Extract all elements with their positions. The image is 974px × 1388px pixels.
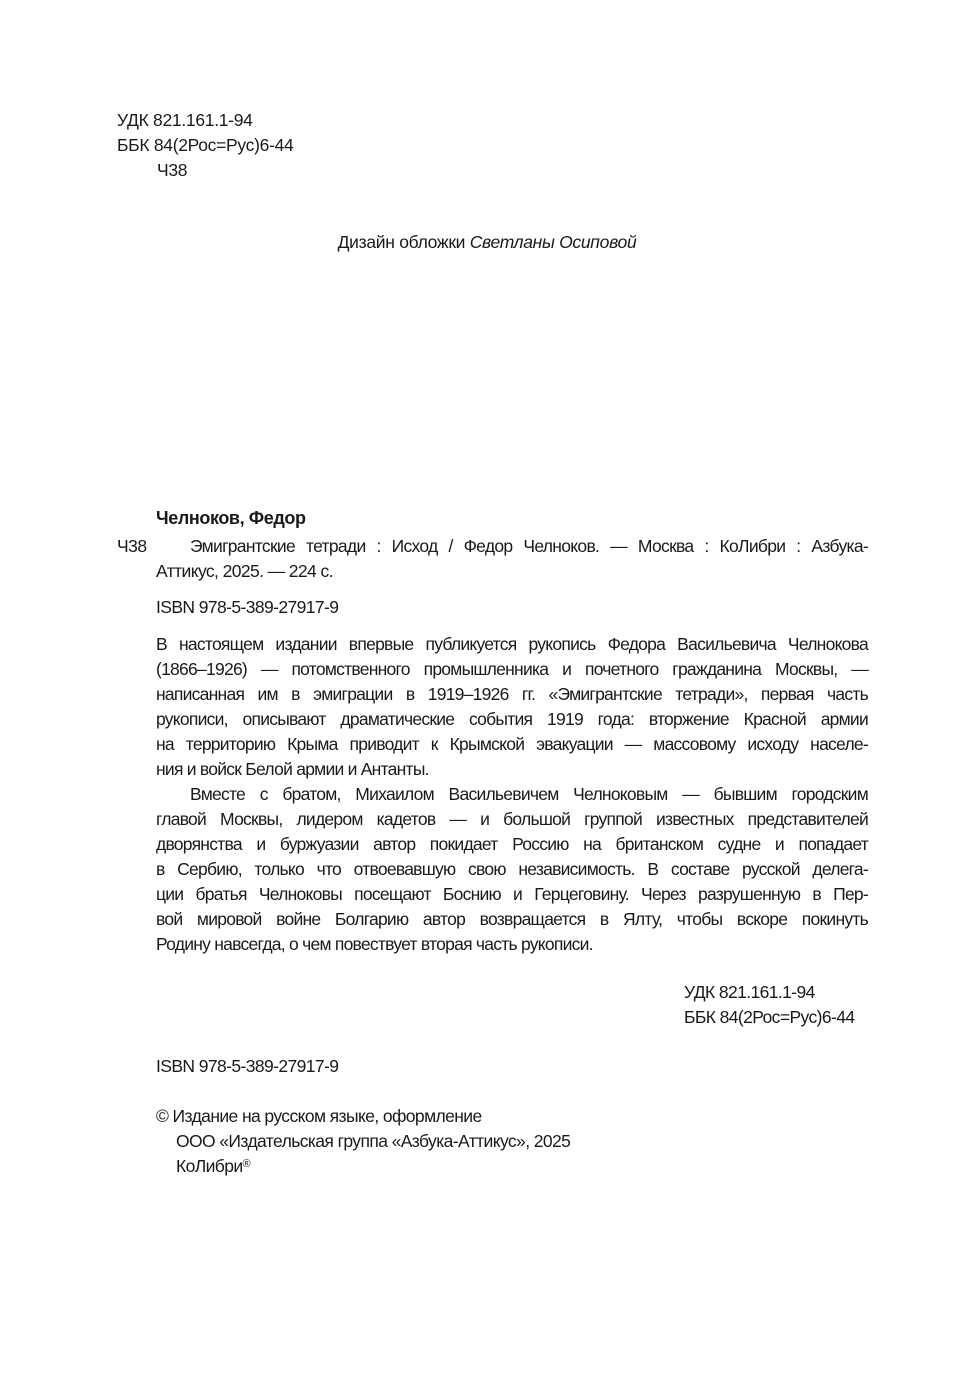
copyright-imprint: КоЛибри® xyxy=(156,1156,570,1181)
abstract-line: в Сербию, только что отвоевавшую свою не… xyxy=(156,857,868,882)
abstract-line: ния и войск Белой армии и Антанты. xyxy=(156,757,868,782)
abstract-line: Родину навсегда, о чем повествует вторая… xyxy=(156,932,868,957)
cover-design-label: Дизайн обложки xyxy=(338,232,466,252)
record-isbn: ISBN 978-5-389-27917-9 xyxy=(156,597,338,618)
abstract-line: написанная им в эмиграции в 1919–1926 гг… xyxy=(156,682,868,707)
abstract-line: В настоящем издании впервые публикуется … xyxy=(156,632,868,657)
abstract-line: главой Москвы, лидером кадетов — и больш… xyxy=(156,807,868,832)
imprint-name: КоЛибри xyxy=(176,1156,243,1176)
udk-code: УДК 821.161.1-94 xyxy=(117,108,294,133)
abstract-line: дворянства и буржуазии автор покидает Ро… xyxy=(156,832,868,857)
copyright-publisher: ООО «Издательская группа «Азбука-Аттикус… xyxy=(156,1131,570,1156)
copyright-block: © Издание на русском языке, оформление О… xyxy=(156,1106,570,1181)
record-publication-line: Аттикус, 2025. — 224 с. xyxy=(156,561,333,582)
registered-trademark-icon: ® xyxy=(243,1158,251,1170)
record-title-line: Эмигрантские тетради : Исход / Федор Чел… xyxy=(190,536,868,557)
abstract-line: ции братья Челноковы посещают Боснию и Г… xyxy=(156,882,868,907)
cover-designer-name: Светланы Осиповой xyxy=(470,232,637,252)
record-author-sign: Ч38 xyxy=(117,536,147,557)
classification-codes-top: УДК 821.161.1-94 ББК 84(2Рос=Рус)6-44 Ч3… xyxy=(117,108,294,183)
abstract-line: на территорию Крыма приводит к Крымской … xyxy=(156,732,868,757)
record-author: Челноков, Федор xyxy=(156,508,306,529)
bbk-code: ББК 84(2Рос=Рус)6-44 xyxy=(117,133,294,158)
abstract-paragraph-2: Вместе с братом, Михаилом Васильевичем Ч… xyxy=(156,782,868,957)
abstract-line: вой мировой войне Болгарию автор возвращ… xyxy=(156,907,868,932)
abstract-paragraph-1: В настоящем издании впервые публикуется … xyxy=(156,632,868,782)
abstract-line: рукописи, описывают драматические событи… xyxy=(156,707,868,732)
udk-code: УДК 821.161.1-94 xyxy=(684,982,855,1007)
abstract-line: Вместе с братом, Михаилом Васильевичем Ч… xyxy=(156,782,868,807)
classification-codes-bottom: УДК 821.161.1-94 ББК 84(2Рос=Рус)6-44 xyxy=(684,982,855,1032)
imprint-page: УДК 821.161.1-94 ББК 84(2Рос=Рус)6-44 Ч3… xyxy=(0,0,974,1388)
abstract-line: (1866–1926) — потомственного промышленни… xyxy=(156,657,868,682)
author-sign: Ч38 xyxy=(117,158,294,183)
isbn: ISBN 978-5-389-27917-9 xyxy=(156,1056,338,1077)
cover-design-credit: Дизайн обложки Светланы Осиповой xyxy=(0,232,974,253)
bbk-code: ББК 84(2Рос=Рус)6-44 xyxy=(684,1007,855,1032)
copyright-line: © Издание на русском языке, оформление xyxy=(156,1106,570,1131)
